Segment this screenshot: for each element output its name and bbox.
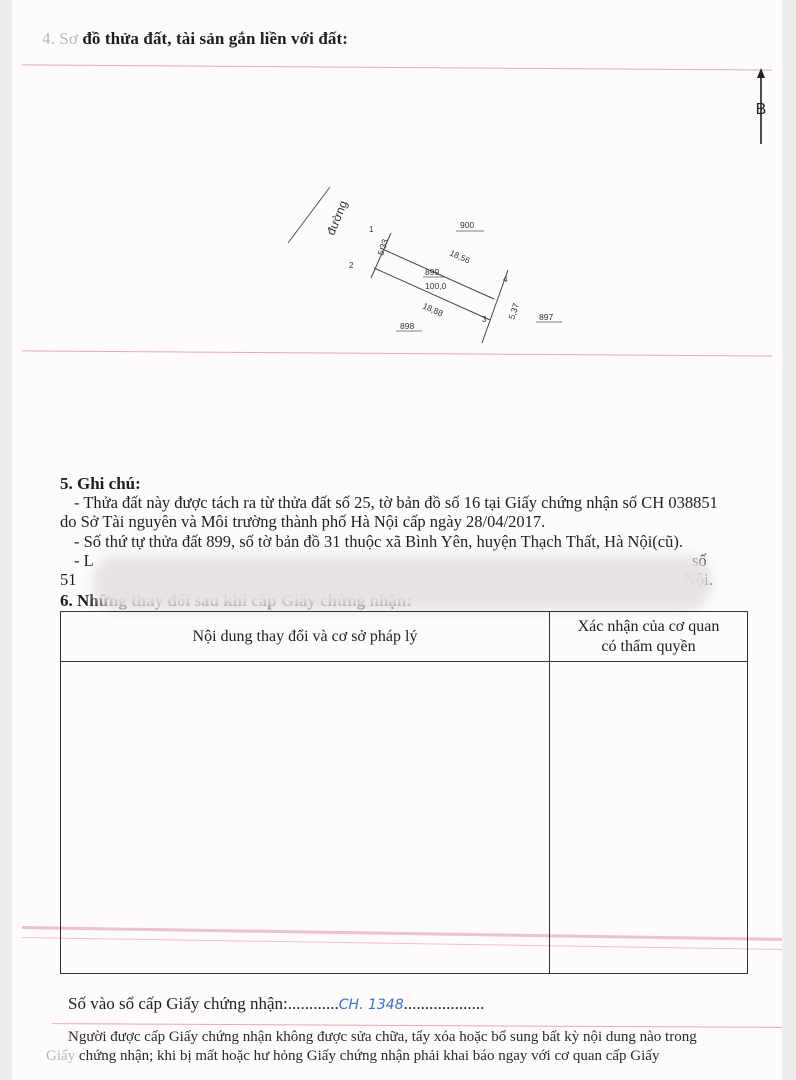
column-header-confirmation: Xác nhận của cơ quan có thẩm quyền [550,612,748,662]
svg-text:899: 899 [425,267,439,277]
registry-label: Số vào sổ cấp Giấy chứng nhận: [68,994,288,1013]
footer-line-2: Giấy chứng nhận; khi bị mất hoặc hư hỏng… [46,1048,659,1065]
svg-text:1: 1 [369,225,374,234]
road-label: đường [324,199,350,238]
svg-text:18,88: 18,88 [421,301,445,319]
header2-line2: có thẩm quyền [601,638,695,655]
changes-table: Nội dung thay đổi và cơ sở pháp lý Xác n… [60,611,748,974]
column-header-changes: Nội dung thay đổi và cơ sở pháp lý [61,612,550,662]
svg-text:18,56: 18,56 [448,248,472,266]
confirmation-cell [550,662,748,974]
svg-text:898: 898 [400,321,414,331]
footer-line-2-text: chứng nhận; khi bị mất hoặc hư hỏng Giấy… [79,1048,660,1064]
plot-diagram: đường 1 2 4 3 18,56 18,88 5,33 5,37 899 … [12,0,782,420]
svg-text:100,0: 100,0 [425,281,447,291]
certificate-page: 4. Sơ đồ thửa đất, tài sản gắn liền với … [12,0,782,1080]
svg-text:2: 2 [349,261,354,270]
header2-line1: Xác nhận của cơ quan [578,618,720,635]
changes-cell [61,662,550,974]
svg-text:5,33: 5,33 [375,238,390,257]
registry-value: CH. 1348 [339,997,404,1013]
registry-dots-before: ............ [288,994,339,1013]
svg-text:900: 900 [460,220,474,230]
footer-line-2-faded: Giấy [46,1048,75,1064]
registry-dots-after: ................... [404,994,485,1013]
pink-rule-footer [52,1023,782,1028]
footer-line-1: Người được cấp Giấy chứng nhận không đượ… [68,1029,697,1046]
note-line-2: do Sở Tài nguyên và Môi trường thành phố… [60,512,545,532]
registry-number-line: Số vào sổ cấp Giấy chứng nhận:..........… [68,994,484,1014]
section5-title: 5. Ghi chú: [60,474,141,494]
svg-text:897: 897 [539,312,553,322]
note-line-1: - Thửa đất này được tách ra từ thửa đất … [74,493,718,513]
note-line-4-start: - L [74,551,94,571]
note-line-5-start: 51 [60,570,77,590]
table-row-empty [61,662,748,974]
redaction-blur [92,555,712,611]
svg-text:3: 3 [482,315,487,324]
svg-text:5,37: 5,37 [506,302,521,321]
svg-text:4: 4 [503,275,508,284]
note-line-3: - Số thứ tự thửa đất 899, số tờ bản đồ 3… [74,532,683,552]
